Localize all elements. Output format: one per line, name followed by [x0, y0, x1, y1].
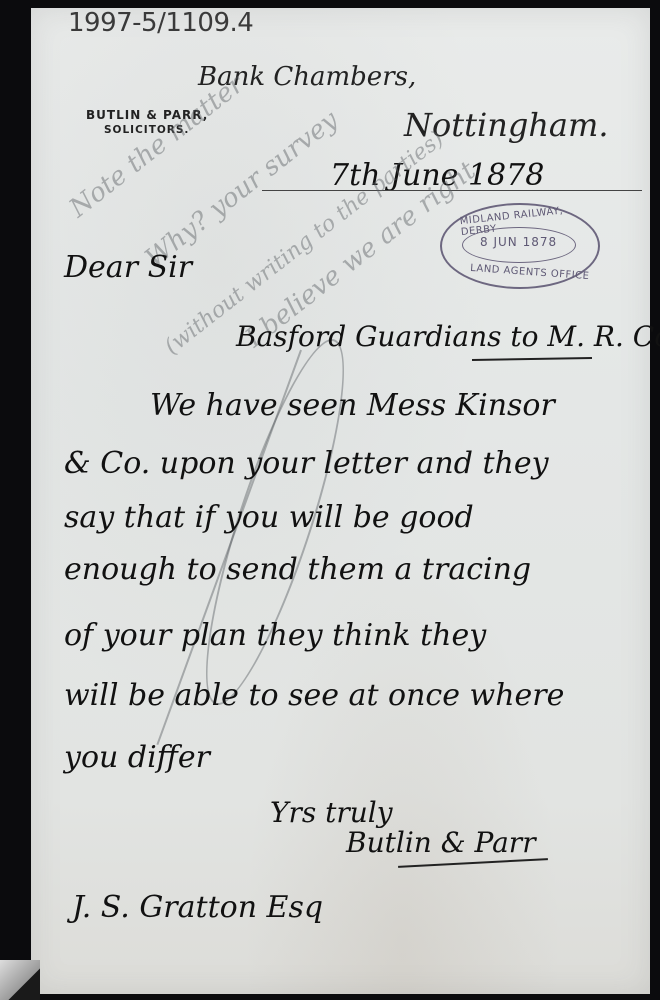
- addressee: J. S. Gratton Esq: [72, 890, 323, 925]
- body-line: you differ: [64, 740, 210, 775]
- stamp-date: 8 JUN 1878: [480, 235, 557, 249]
- archive-reference: 1997-5/1109.4: [68, 8, 253, 38]
- closing: Yrs truly: [270, 796, 393, 829]
- body-line: of your plan they think they: [64, 618, 486, 653]
- body-line: will be able to see at once where: [64, 678, 564, 713]
- body-line: enough to send them a tracing: [64, 552, 531, 587]
- subject-line: Basford Guardians to M. R. Coy: [236, 320, 660, 353]
- body-line: & Co. upon your letter and they: [64, 446, 549, 481]
- salutation: Dear Sir: [64, 250, 192, 285]
- signature: Butlin & Parr: [346, 826, 536, 859]
- folded-corner: [0, 960, 40, 1000]
- body-line: We have seen Mess Kinsor: [150, 388, 555, 423]
- stamp-bottom-text: LAND AGENTS OFFICE: [470, 263, 590, 282]
- body-line: say that if you will be good: [64, 500, 474, 535]
- received-stamp: MIDLAND RAILWAY, DERBY 8 JUN 1878 LAND A…: [440, 203, 600, 289]
